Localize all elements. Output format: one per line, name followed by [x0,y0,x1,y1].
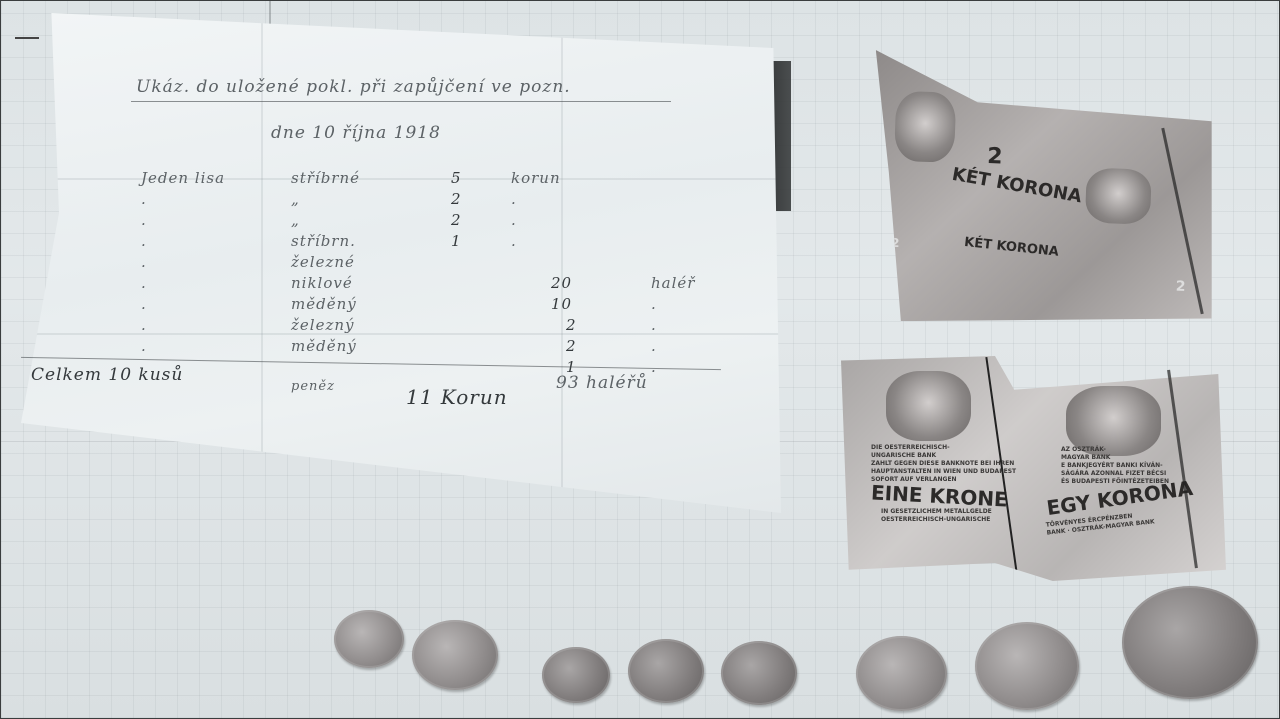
paper-fold [21,333,781,335]
pencil-mark [15,37,39,39]
receipt-row-col4: . [651,316,657,334]
receipt-row-col3: 10 [551,295,572,313]
receipt-row-col4: korun [511,169,561,187]
banknote-1-krone: DIE OESTERREICHISCH- UNGARISCHE BANK ZAH… [841,356,1226,581]
receipt-row-col2: železný [291,316,355,334]
label-german: EINE KRONE [870,480,1008,511]
receipt-row-col1: . [141,337,147,355]
corner-value: 2 [1175,279,1185,295]
denomination-numeral: 2 [987,144,1003,170]
coin [412,620,498,690]
receipt-row-col3: 1 [451,232,462,250]
coin [975,622,1079,710]
total-middle: peněz [291,379,335,394]
receipt-row-col2: stříbrn. [291,232,356,250]
receipt-row-col4: . [511,211,517,229]
coin [721,641,797,705]
receipt-row-col4: . [511,190,517,208]
receipt-row-col1: . [141,232,147,250]
portrait-left [886,371,971,441]
receipt-row-col1: . [141,316,147,334]
receipt-row-col3: 2 [566,337,577,355]
receipt-row-col2: stříbrné [291,169,360,187]
total-amount: 11 Korun [406,385,508,409]
coin [542,647,610,703]
receipt-row-col1: . [141,211,147,229]
german-footer: IN GESETZLICHEM METALLGELDE OESTERREICHI… [881,508,992,524]
receipt-row-col3: 5 [451,169,462,187]
coin [628,639,704,703]
receipt-row-col4: . [511,232,517,250]
receipt-row-col1: . [141,190,147,208]
receipt-row-col4: . [651,337,657,355]
hungarian-text: AZ OSZTRÁK- MAGYAR BANK E BANKJEGYÉRT BA… [1061,446,1169,486]
coin [1122,586,1258,699]
receipt-row-col3: 2 [451,211,462,229]
receipt-row-col2: „ [291,211,300,229]
total-count: Celkem 10 kusů [31,365,183,385]
receipt-row-col1: Jeden lisa [141,169,225,187]
coin [856,636,947,711]
german-text: DIE OESTERREICHISCH- UNGARISCHE BANK ZAH… [871,444,1016,484]
note-label-main: KÉT KORONA [950,164,1083,207]
title-underline [131,101,671,102]
portrait-left [894,91,956,163]
receipt-row-col4: . [651,295,657,313]
note-label-secondary: KÉT KORONA [963,235,1059,260]
paper-fold [21,178,781,180]
receipt-row-col4: haléř [651,274,695,292]
corner-value: 2 [891,236,900,250]
receipt-row-col3: 2 [451,190,462,208]
receipt-row-col1: . [141,295,147,313]
receipt-row-col3: 20 [551,274,572,292]
receipt-row-col2: „ [291,190,300,208]
receipt-date: dne 10 října 1918 [271,123,441,143]
receipt-row-col2: měděný [291,337,357,355]
receipt-row-col2: železné [291,253,355,271]
coin [334,610,404,668]
receipt-row-col1: . [141,274,147,292]
receipt-row-col2: niklové [291,274,353,292]
photograph: Ukáz. do uložené pokl. při zapůjčení ve … [0,0,1280,719]
receipt-row-col1: . [141,253,147,271]
receipt-row-col2: měděný [291,295,357,313]
total-cents: 93 haléřů [556,373,648,393]
portrait-right [1085,167,1152,224]
banknote-2-korona: 2 KÉT KORONA KÉT KORONA 2 2 [866,50,1220,332]
receipt-title: Ukáz. do uložené pokl. při zapůjčení ve … [136,77,571,97]
receipt-row-col3: 2 [566,316,577,334]
